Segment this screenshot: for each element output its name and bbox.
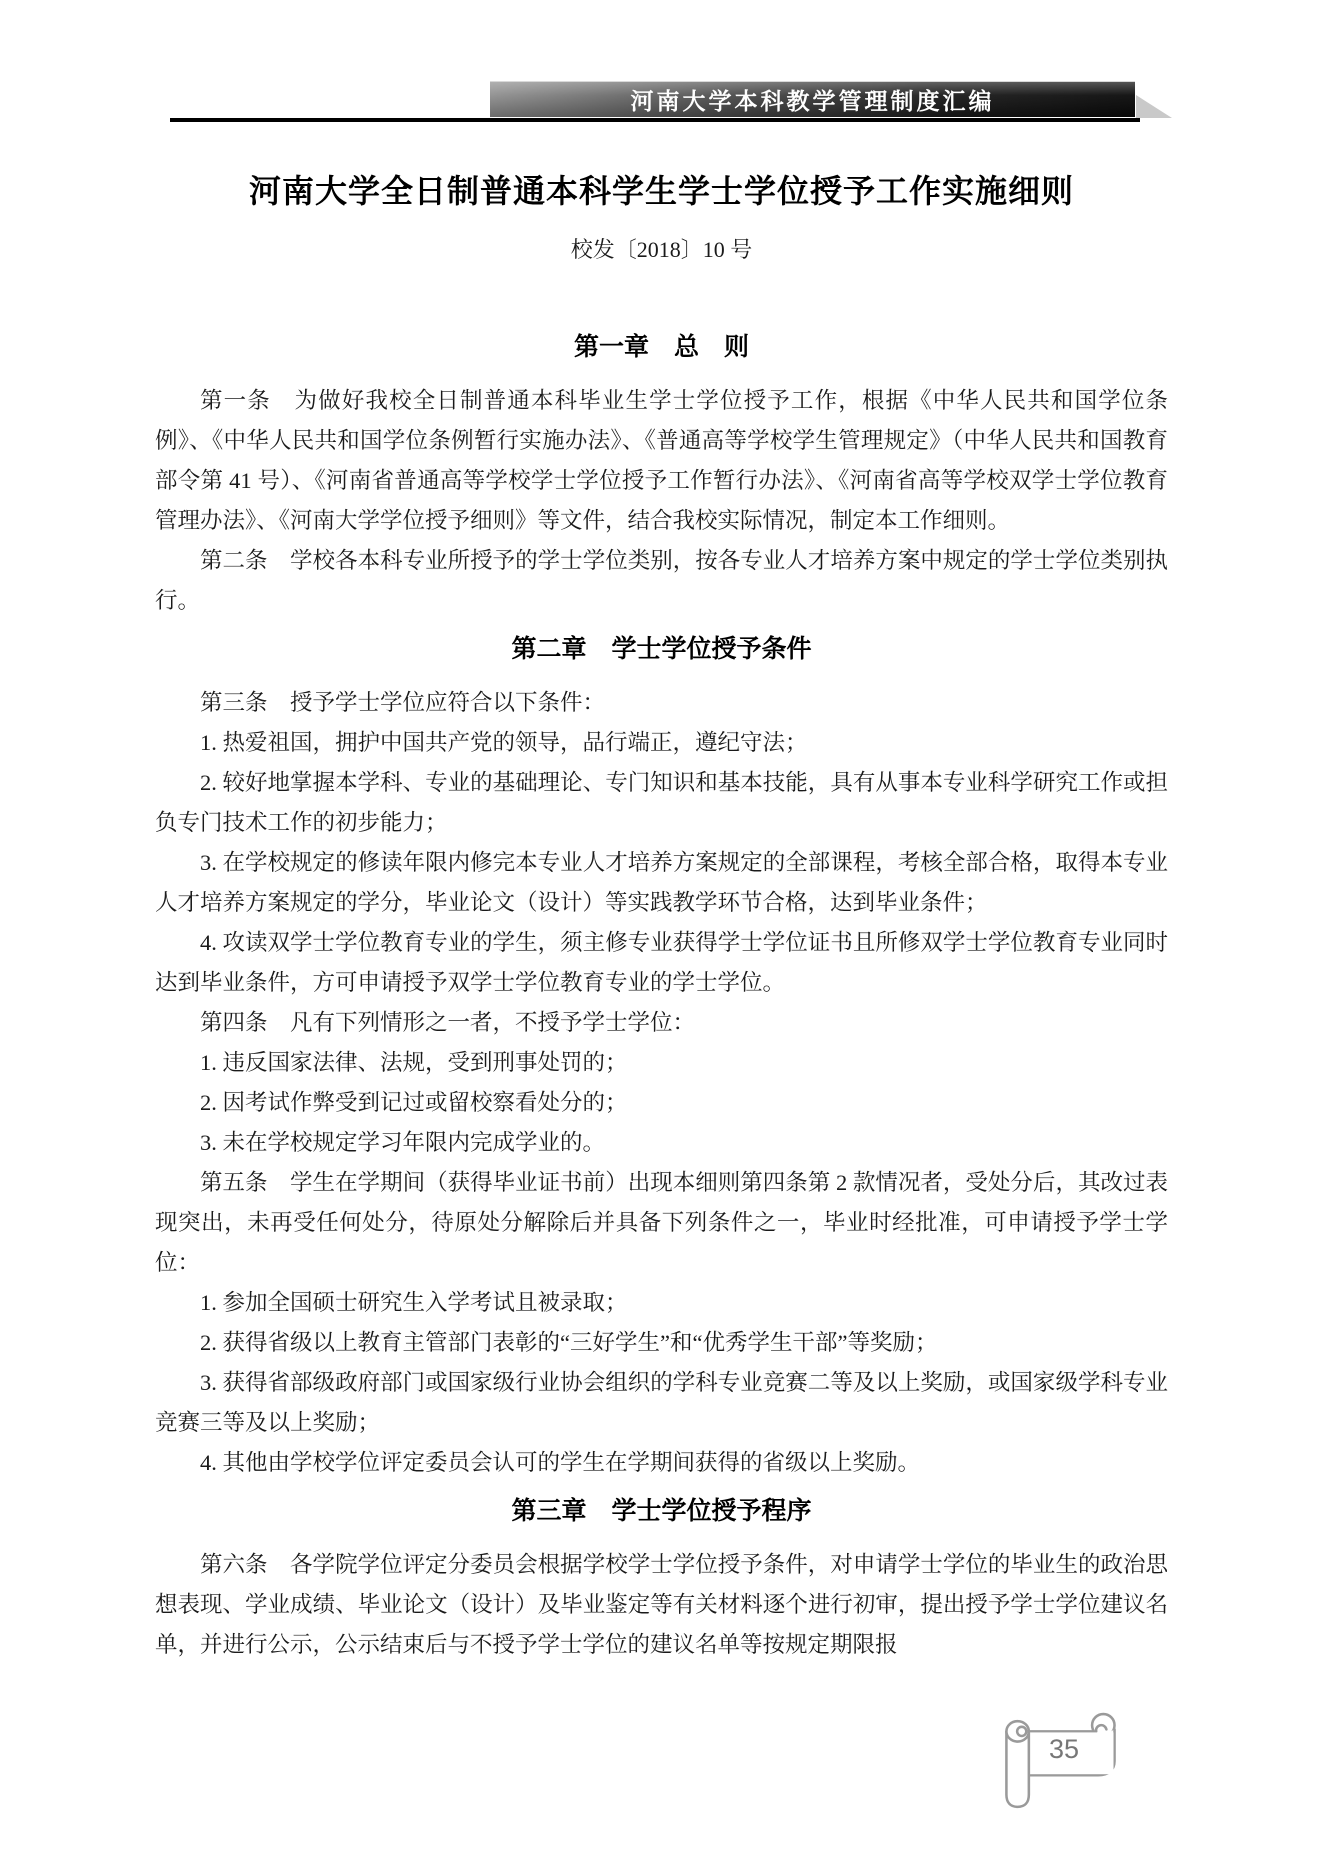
article-5-paragraph: 第五条 学生在学期间（获得毕业证书前）出现本细则第四条第 2 款情况者，受处分后… (155, 1163, 1168, 1283)
list-item: 4. 其他由学校学位评定委员会认可的学生在学期间获得的省级以上奖励。 (155, 1443, 1168, 1483)
chapter-2-heading: 第二章 学士学位授予条件 (155, 633, 1168, 665)
document-page: 河南大学全日制普通本科学生学士学位授予工作实施细则 校发〔2018〕10 号 第… (155, 0, 1168, 1665)
list-item: 1. 违反国家法律、法规，受到刑事处罚的； (155, 1043, 1168, 1083)
article-3-paragraph: 第三条 授予学士学位应符合以下条件： (155, 683, 1168, 723)
page-number-scroll-icon: 35 (998, 1712, 1126, 1814)
list-item: 3. 在学校规定的修读年限内修完本专业人才培养方案规定的全部课程，考核全部合格，… (155, 843, 1168, 923)
document-number: 校发〔2018〕10 号 (155, 235, 1168, 265)
article-2-paragraph: 第二条 学校各本科专业所授予的学士学位类别，按各专业人才培养方案中规定的学士学位… (155, 541, 1168, 621)
list-item: 4. 攻读双学士学位教育专业的学生，须主修专业获得学士学位证书且所修双学士学位教… (155, 923, 1168, 1003)
document-title: 河南大学全日制普通本科学生学士学位授予工作实施细则 (155, 171, 1168, 211)
page-number: 35 (1034, 1734, 1094, 1765)
article-6-paragraph: 第六条 各学院学位评定分委员会根据学校学士学位授予条件，对申请学士学位的毕业生的… (155, 1545, 1168, 1665)
list-item: 2. 获得省级以上教育主管部门表彰的“三好学生”和“优秀学生干部”等奖励； (155, 1323, 1168, 1363)
list-item: 3. 获得省部级政府部门或国家级行业协会组织的学科专业竞赛二等及以上奖励，或国家… (155, 1363, 1168, 1443)
article-1-paragraph: 第一条 为做好我校全日制普通本科毕业生学士学位授予工作，根据《中华人民共和国学位… (155, 381, 1168, 541)
chapter-1-heading: 第一章 总 则 (155, 331, 1168, 363)
list-item: 2. 因考试作弊受到记过或留校察看处分的； (155, 1083, 1168, 1123)
list-item: 1. 参加全国硕士研究生入学考试且被录取； (155, 1283, 1168, 1323)
list-item: 1. 热爱祖国，拥护中国共产党的领导，品行端正，遵纪守法； (155, 723, 1168, 763)
list-item: 3. 未在学校规定学习年限内完成学业的。 (155, 1123, 1168, 1163)
list-item: 2. 较好地掌握本学科、专业的基础理论、专门知识和基本技能，具有从事本专业科学研… (155, 763, 1168, 843)
article-4-paragraph: 第四条 凡有下列情形之一者，不授予学士学位： (155, 1003, 1168, 1043)
chapter-3-heading: 第三章 学士学位授予程序 (155, 1495, 1168, 1527)
